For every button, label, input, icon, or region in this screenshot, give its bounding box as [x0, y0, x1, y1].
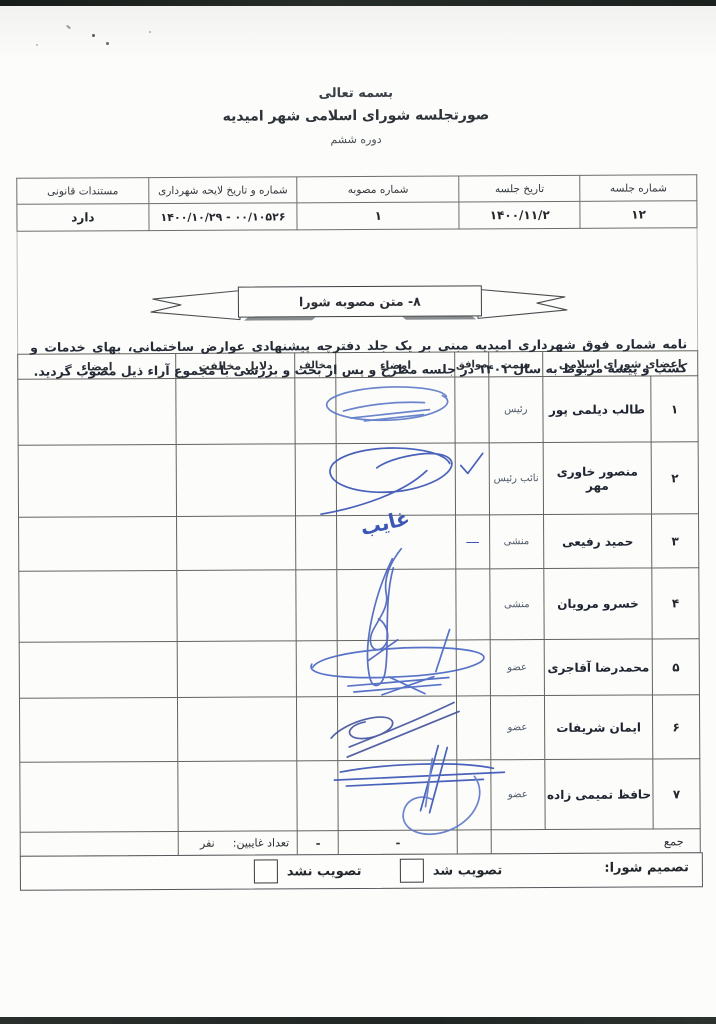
signature-cell	[336, 443, 455, 516]
member-name: حافظ تمیمی زاده	[545, 759, 653, 830]
oppose-reason-cell	[177, 516, 296, 571]
signature-cell	[337, 569, 456, 641]
member-row: ۲ منصور خاوری مهر نائب رئیس	[18, 442, 698, 518]
ribbon-right-tail	[478, 289, 567, 318]
signature-cell	[336, 377, 455, 444]
sum-label: جمع	[491, 829, 701, 854]
oppose-cell	[296, 570, 337, 641]
member-name: طالب دیلمی پور	[543, 376, 651, 443]
meta-values-row: ۱۲ ۱۴۰۰/۱۱/۲ ۱ ۰۰/۱۰۵۲۶ - ۱۴۰۰/۱۰/۲۹ دار…	[17, 201, 697, 232]
oppose-cell	[297, 697, 338, 761]
absents-unit-label: نفر	[200, 837, 215, 850]
document-header: بسمه تعالی صورتجلسه شورای اسلامی شهر امی…	[0, 84, 714, 148]
agree-mark	[456, 640, 490, 696]
oppose-cell	[297, 641, 338, 697]
rejected-option: تصویب نشد	[254, 859, 362, 884]
resolution-text: نامه شماره فوق شهرداری امیدیه مبنی بر یک…	[30, 332, 687, 384]
member-row: ۴ خسرو مرویان منشی	[19, 568, 699, 643]
oppose-cell	[295, 378, 336, 444]
member-role: عضو	[490, 760, 545, 830]
member-number: ۳	[652, 514, 699, 568]
signature-cell	[338, 696, 457, 761]
sum-oppose-cell: -	[298, 831, 339, 855]
scan-edge-bottom	[0, 1017, 716, 1024]
agree-mark: —	[456, 515, 490, 569]
member-role: نائب رئیس	[489, 443, 544, 515]
ribbon-left-tail	[151, 291, 240, 320]
left-signature-cell	[18, 378, 177, 445]
member-name: محمدرضا آقاجری	[544, 639, 652, 696]
member-role: رئیس	[488, 377, 543, 443]
rejected-label: تصویب نشد	[287, 863, 362, 878]
absents-count-label: تعداد غایبین:	[233, 836, 290, 849]
rejected-checkbox	[254, 859, 278, 883]
session-date-value: ۱۴۰۰/۱۱/۲	[459, 201, 580, 229]
agree-mark	[457, 696, 491, 760]
scan-edge-top	[0, 0, 716, 6]
signature-cell	[337, 640, 456, 697]
member-number: ۴	[652, 568, 699, 639]
session-date-label: تاریخ جلسه	[459, 175, 580, 202]
bismillah-text: بسمه تعالی	[0, 84, 714, 103]
agree-mark	[455, 377, 489, 443]
left-signature-cell	[19, 570, 178, 642]
document-sheet: بسمه تعالی صورتجلسه شورای اسلامی شهر امی…	[0, 0, 716, 1024]
meta-labels-row: شماره جلسه تاریخ جلسه شماره مصوبه شماره …	[17, 175, 697, 205]
signature-cell	[338, 760, 457, 831]
member-number: ۲	[651, 442, 698, 514]
council-decision-box: تصمیم شورا: تصویب شد تصویب نشد	[20, 852, 703, 891]
agree-mark	[456, 569, 490, 640]
resolution-section: ۸- متن مصوبه شورا نامه شماره فوق شهرداری…	[17, 228, 699, 354]
approved-option: تصویب شد	[400, 858, 502, 883]
oppose-reason-cell	[176, 378, 295, 445]
member-row: ۵ محمدرضا آقاجری عضو	[19, 639, 699, 699]
oppose-reason-cell	[177, 444, 296, 517]
oppose-reason-cell	[178, 761, 297, 832]
agree-mark	[455, 443, 489, 515]
member-role: عضو	[490, 696, 545, 760]
member-number: ۱	[651, 376, 698, 442]
approved-checkbox	[400, 859, 424, 883]
oppose-cell	[296, 516, 337, 570]
member-number: ۷	[653, 759, 700, 829]
absents-cell: تعداد غایبین: نفر	[179, 831, 298, 856]
member-number: ۶	[653, 695, 700, 759]
banner-title: ۸- متن مصوبه شورا	[238, 285, 482, 317]
agree-mark	[457, 760, 491, 830]
resolution-number-value: ۱	[297, 202, 459, 230]
oppose-reason-cell	[178, 641, 297, 698]
oppose-cell	[296, 444, 337, 516]
legal-docs-label: مستندات قانونی	[17, 178, 149, 205]
member-name: ایمان شریفات	[544, 695, 652, 760]
sum-left-signature-cell	[20, 831, 179, 856]
left-signature-cell	[19, 641, 178, 698]
session-number-value: ۱۲	[580, 201, 697, 229]
member-row: ۱ طالب دیلمی پور رئیس	[18, 376, 698, 446]
member-number: ۵	[652, 639, 699, 695]
bill-number-date-value: ۰۰/۱۰۵۲۶ - ۱۴۰۰/۱۰/۲۹	[149, 203, 297, 231]
council-term-label: دوره ششم	[0, 131, 714, 148]
member-role: منشی	[489, 515, 544, 569]
left-signature-cell	[19, 697, 178, 762]
oppose-reason-cell	[177, 570, 296, 642]
session-number-label: شماره جلسه	[580, 175, 697, 202]
approved-label: تصویب شد	[433, 863, 502, 878]
decision-label: تصمیم شورا:	[604, 860, 689, 875]
oppose-reason-cell	[178, 697, 297, 762]
members-table: اعضای شورای اسلامی سمت موافق امضاء مخالف…	[17, 350, 701, 857]
session-meta-table: شماره جلسه تاریخ جلسه شماره مصوبه شماره …	[16, 174, 697, 232]
left-signature-cell	[18, 444, 177, 517]
legal-docs-value: دارد	[17, 204, 149, 232]
member-role: منشی	[489, 569, 544, 640]
bill-number-date-label: شماره و تاریخ لایحه شهرداری	[149, 177, 297, 204]
member-name: حمید رفیعی	[544, 514, 652, 569]
resolution-number-label: شماره مصوبه	[297, 176, 459, 203]
member-row: ۶ ایمان شریفات عضو	[19, 695, 699, 763]
oppose-cell	[297, 761, 338, 831]
member-name: منصور خاوری مهر	[543, 442, 651, 515]
sum-agree-cell	[457, 830, 490, 854]
left-signature-cell	[19, 516, 178, 571]
document-title: صورتجلسه شورای اسلامی شهر امیدیه	[0, 106, 714, 126]
member-name: خسرو مرویان	[544, 568, 652, 640]
member-role: عضو	[490, 640, 545, 696]
sum-signature-cell: -	[338, 830, 457, 855]
left-signature-cell	[20, 761, 179, 832]
scanned-document-page: بسمه تعالی صورتجلسه شورای اسلامی شهر امی…	[0, 0, 716, 1024]
member-row: ۷ حافظ تمیمی زاده عضو	[20, 759, 700, 833]
form-body: شماره جلسه تاریخ جلسه شماره مصوبه شماره …	[16, 174, 701, 857]
